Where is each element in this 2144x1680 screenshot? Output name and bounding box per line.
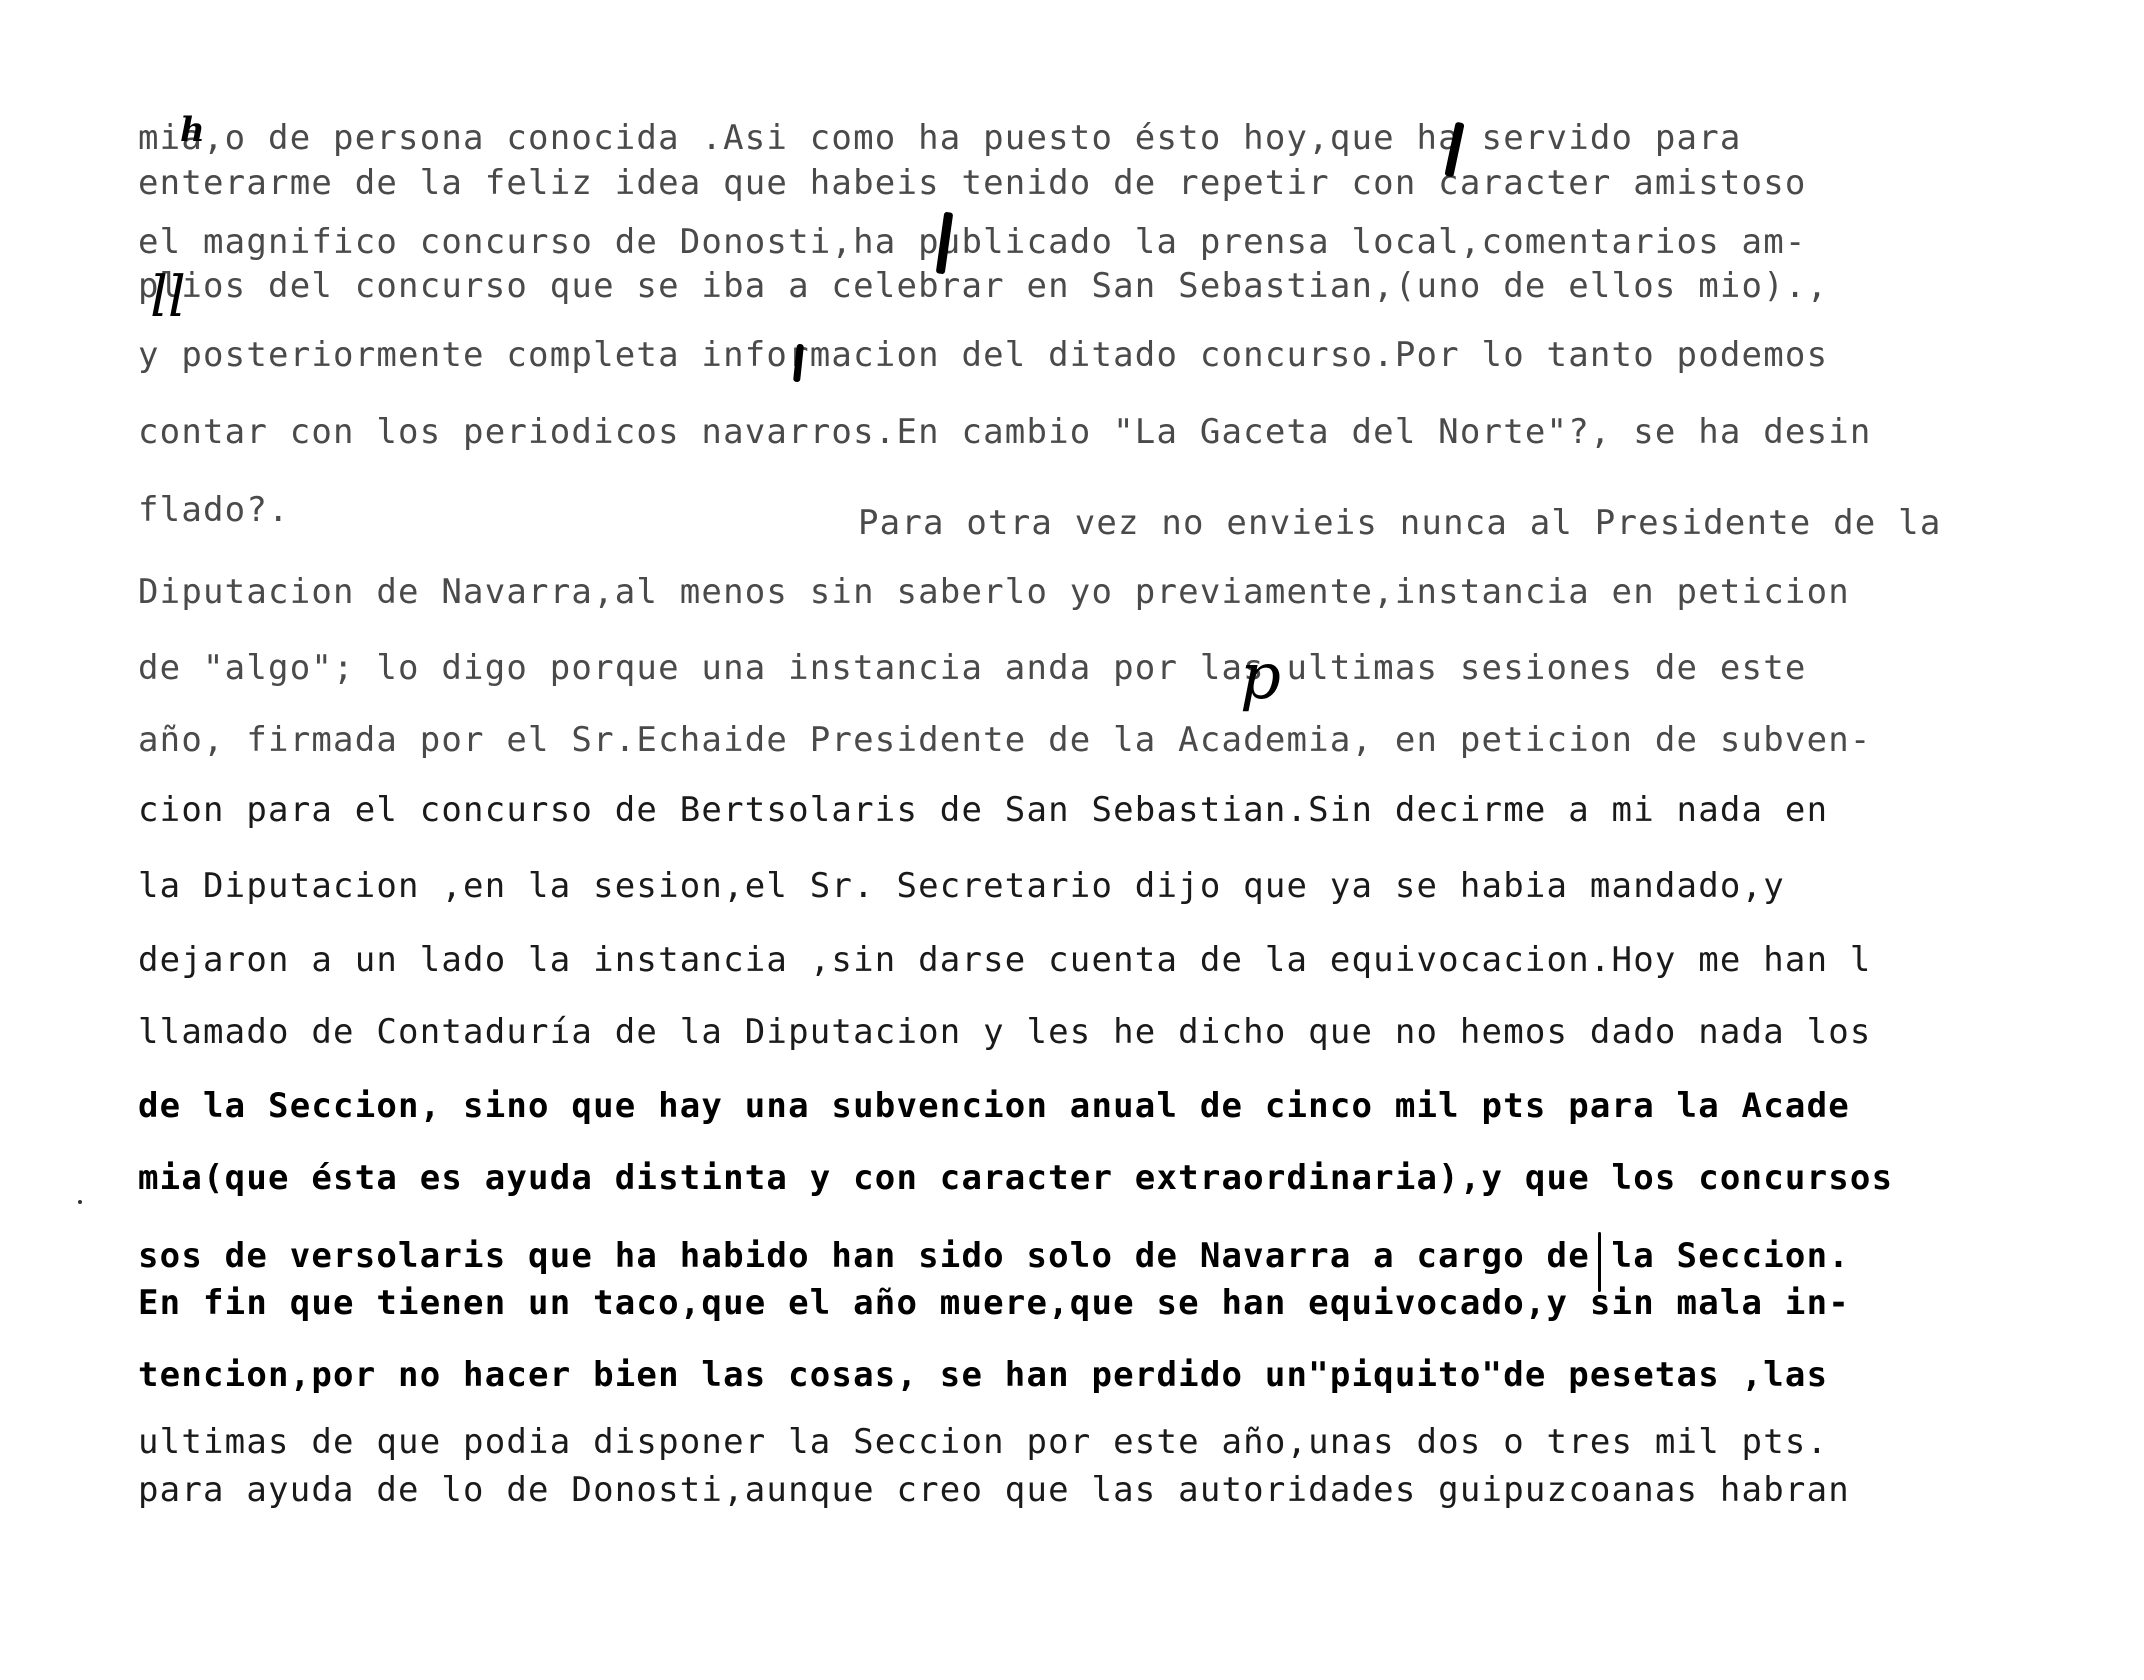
text-line: tencion,por no hacer bien las cosas, se …	[138, 1355, 1828, 1395]
text-line: de "algo"; lo digo porque una instancia …	[138, 648, 1807, 688]
text-line: el magnifico concurso de Donosti,ha publ…	[138, 222, 1807, 262]
text-line: Para otra vez no envieis nunca al Presid…	[858, 503, 1942, 543]
text-line: mia,o de persona conocida .Asi como ha p…	[138, 118, 1742, 158]
pen-correction-mark	[1598, 1232, 1601, 1292]
text-line: En fin que tienen un taco,que el año mue…	[138, 1283, 1850, 1323]
text-line: flado?.	[138, 490, 290, 530]
text-line: para ayuda de lo de Donosti,aunque creo …	[138, 1470, 1850, 1510]
text-line: ultimas de que podia disponer la Seccion…	[138, 1422, 1828, 1462]
text-line: mia(que ésta es ayuda distinta y con car…	[138, 1158, 1893, 1198]
text-line: enterarme de la feliz idea que habeis te…	[138, 163, 1807, 203]
text-line: y posteriormente completa informacion de…	[138, 335, 1828, 375]
handwritten-ll: ll	[150, 265, 186, 330]
speck	[78, 1200, 82, 1204]
text-line: llamado de Contaduría de la Diputacion y…	[138, 1012, 1872, 1052]
text-line: plios del concurso que se iba a celebrar…	[138, 266, 1828, 306]
handwritten-p: p	[1240, 640, 1281, 714]
text-line: dejaron a un lado la instancia ,sin dars…	[138, 940, 1872, 980]
handwritten-h: h	[180, 110, 205, 150]
text-line: contar con los periodicos navarros.En ca…	[138, 412, 1872, 452]
text-line: la Diputacion ,en la sesion,el Sr. Secre…	[138, 866, 1785, 906]
text-line: año, firmada por el Sr.Echaide President…	[138, 720, 1872, 760]
document-page: mia,o de persona conocida .Asi como ha p…	[0, 0, 2144, 1680]
text-line: sos de versolaris que ha habido han sido…	[138, 1236, 1850, 1276]
text-line: de la Seccion, sino que hay una subvenci…	[138, 1086, 1850, 1126]
text-line: Diputacion de Navarra,al menos sin saber…	[138, 572, 1850, 612]
text-line: cion para el concurso de Bertsolaris de …	[138, 790, 1828, 830]
